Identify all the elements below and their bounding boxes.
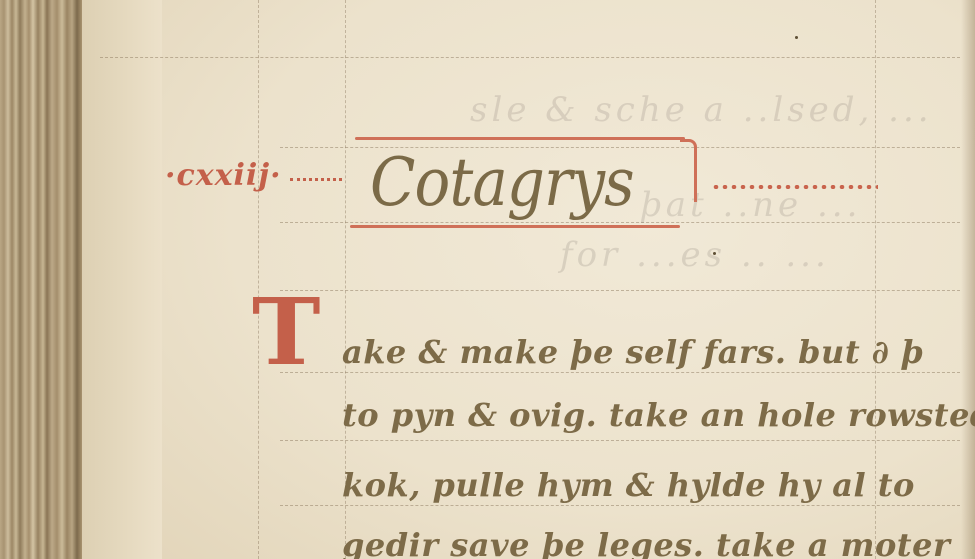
ruling-line [280, 290, 960, 291]
ruling-line [280, 505, 960, 506]
ink-speck [795, 36, 798, 39]
ink-speck [713, 252, 716, 255]
text-line: gedir save þe leges. take a moter [342, 525, 950, 559]
text-line: kok, pulle hym & hylde hy al to [342, 465, 915, 505]
show-through-text: sle & sche a ..lsed, ... [470, 90, 933, 130]
page-edge-shadow [961, 0, 975, 559]
rubric-dash-line [290, 178, 342, 181]
ruling-line [100, 57, 960, 58]
heading-rule-bottom [350, 225, 680, 228]
chapter-number: ·cxxiij· [165, 158, 282, 193]
ruling-line [280, 372, 960, 373]
heading-frame: Cotagrys [350, 137, 690, 229]
text-line: to pyn & ovig. take an hole rowsted [342, 395, 975, 435]
heading-title: Cotagrys [370, 143, 634, 223]
heading-rule-top [355, 137, 685, 140]
show-through-text: for ...es .. ... [560, 235, 830, 275]
heading-bracket [680, 139, 697, 202]
rubric-wavy-line [712, 185, 878, 189]
text-line: ake & make þe self fars. but ∂ þ [342, 332, 924, 372]
ruling-line [280, 440, 960, 441]
page-gutter [82, 0, 162, 559]
drop-cap-initial: T [252, 286, 320, 378]
book-spine-page-edges [0, 0, 82, 559]
